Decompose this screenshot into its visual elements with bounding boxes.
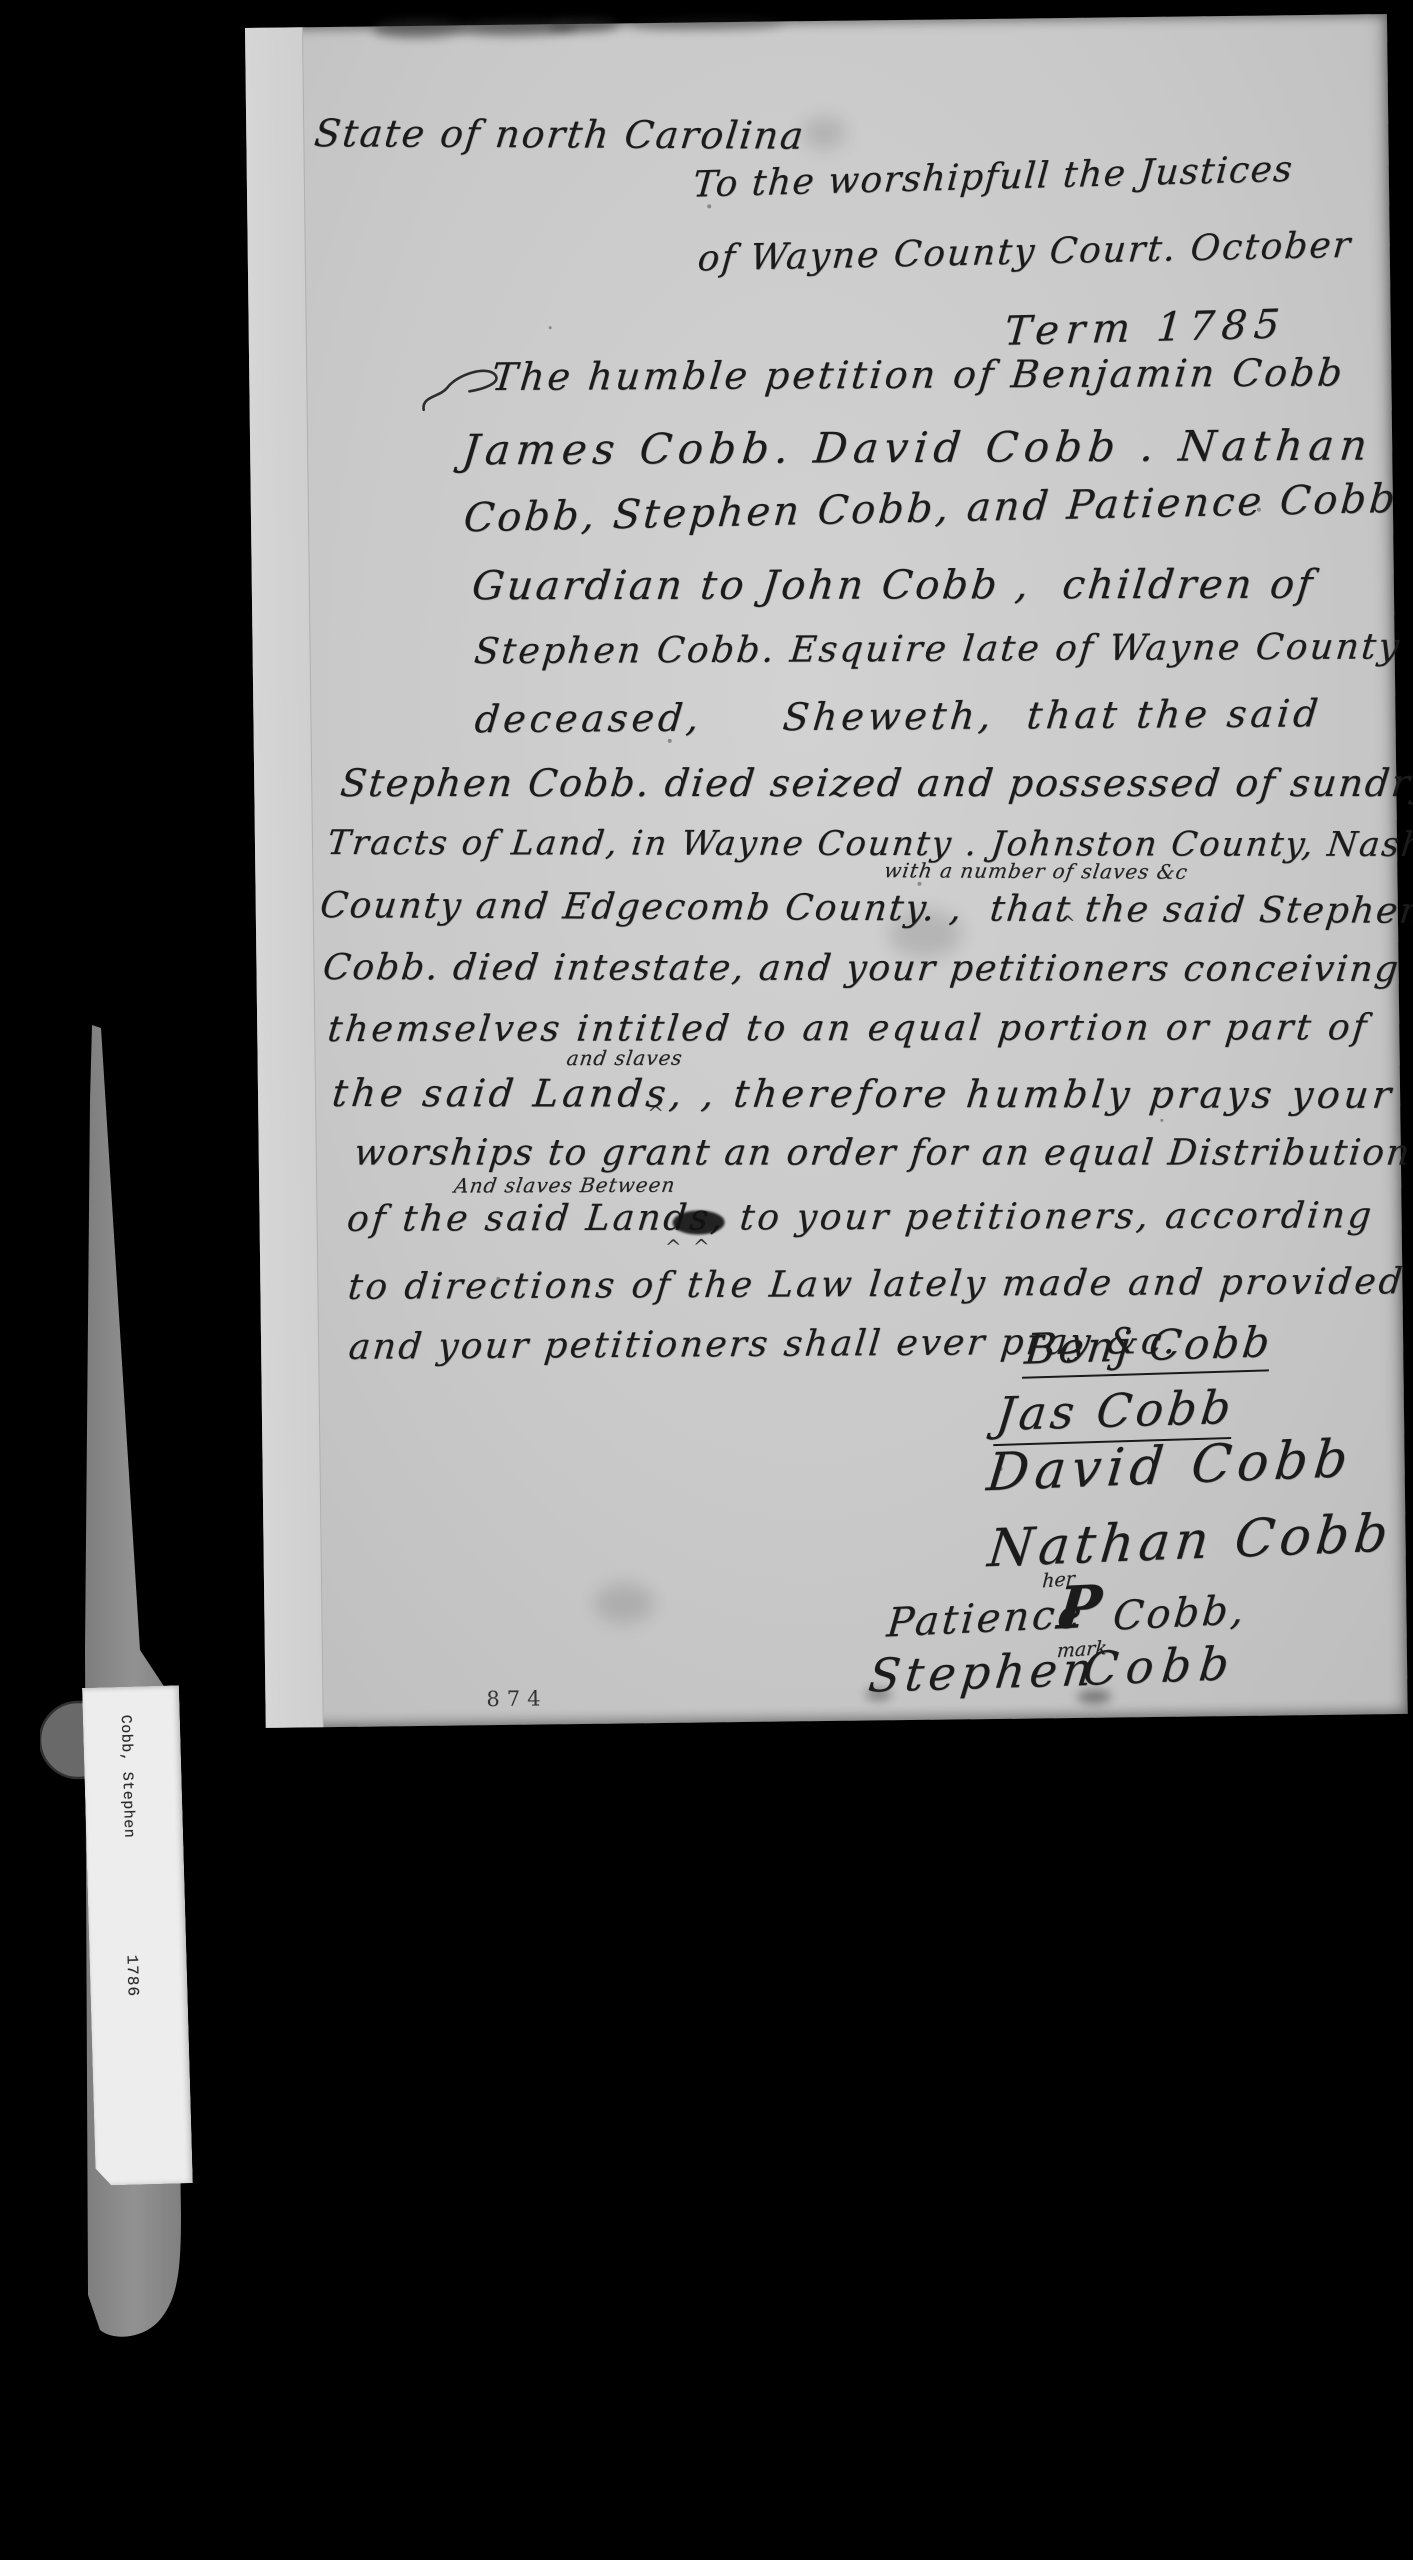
petition-line-3: Cobb, Stephen Cobb, and Patience Cobb (462, 476, 1400, 542)
petition-line-6: deceased, Sheweth, that the said (473, 691, 1324, 741)
caret-mark: ^ (665, 1235, 682, 1259)
salutation-line-3: Term 1785 (1003, 301, 1288, 354)
petition-line-15: to directions of the Law lately made and… (346, 1261, 1407, 1308)
signature-stephen-last: Cobb (1080, 1636, 1239, 1696)
insertion-and-slaves-between: And slaves Between (453, 1173, 677, 1198)
signature-nathan-cobb: Nathan Cobb (985, 1503, 1395, 1579)
petition-line-9: County and Edgecomb County. , that the s… (318, 885, 1413, 932)
caret-mark: ^ (693, 1234, 710, 1258)
ink-smudge (548, 18, 618, 32)
petition-line-14: of the said Lands, to your petitioners, … (345, 1195, 1376, 1240)
petition-page: State of north Carolina To the worshipfu… (245, 14, 1408, 1728)
petition-line-4: Guardian to John Cobb , children of (470, 562, 1318, 609)
petition-line-12: the said Lands, , therefore humbly prays… (330, 1071, 1397, 1117)
insertion-and-slaves: and slaves (565, 1046, 684, 1070)
signature-patience-last: Cobb, (1111, 1587, 1249, 1640)
stain (594, 1583, 654, 1624)
petition-line-10: Cobb. died intestate, and your petitione… (321, 947, 1402, 990)
archival-scan: State of north Carolina To the worshipfu… (0, 0, 1413, 2560)
patience-mark-initial: P (1055, 1572, 1105, 1642)
petition-line-5: Stephen Cobb. Esquire late of Wayne Coun… (472, 626, 1403, 672)
speck (549, 326, 552, 329)
petition-line-11: themselves intitled to an equal portion … (326, 1007, 1371, 1050)
tab-name-text: Cobb, Stephen (117, 1715, 137, 1839)
stain (802, 117, 846, 150)
insertion-slaves-note: with a number of slaves &c (883, 858, 1190, 884)
petition-line-2: James Cobb. David Cobb . Nathan (460, 421, 1375, 475)
ink-smudge (1077, 1690, 1111, 1704)
signature-david-cobb: David Cobb (984, 1429, 1356, 1503)
archival-tab-label: Cobb, Stephen 1786 (82, 1685, 193, 2186)
caret-mark: ^ (647, 1101, 664, 1125)
petition-line-7: Stephen Cobb. died seized and possessed … (338, 761, 1413, 805)
caret-mark: ^ (1059, 911, 1076, 935)
page-number: 874 (486, 1686, 547, 1711)
heading-state: State of north Carolina (312, 111, 807, 158)
signature-benjamin-cobb: Benj Cobb (1022, 1317, 1275, 1379)
signature-stephen-first: Stephen (866, 1642, 1100, 1703)
salutation-line-2: of Wayne County Court. October (696, 225, 1354, 280)
ink-smudge (633, 18, 783, 31)
petition-line-8: Tracts of Land, in Wayne County . Johnst… (325, 823, 1413, 865)
tab-year-text: 1786 (122, 1954, 141, 1997)
petition-line-1: The humble petition of Benjamin Cobb (490, 351, 1348, 399)
page-left-edge (245, 27, 324, 1728)
ink-smudge (373, 19, 465, 38)
speck (1160, 1119, 1163, 1122)
petition-line-13: worships to grant an order for an equal … (352, 1133, 1413, 1174)
